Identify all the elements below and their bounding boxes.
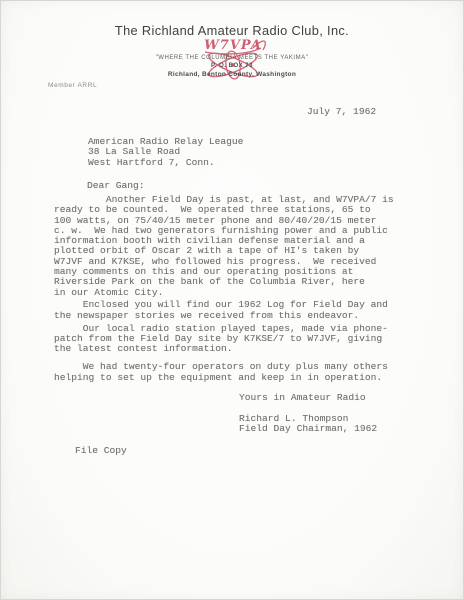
paragraph-line: the latest contest information. [54, 344, 410, 354]
letterhead-pobox: P. O. BOX 73 [1, 63, 463, 69]
signature-block: Richard L. Thompson Field Day Chairman, … [239, 414, 377, 435]
paragraph-line: in our Atomic City. [54, 288, 410, 298]
letterhead-tagline: "WHERE THE COLUMBIA MEETS THE YAKIMA" [1, 55, 463, 61]
paragraph: Enclosed you will find our 1962 Log for … [54, 300, 410, 321]
signature-title: Field Day Chairman, 1962 [239, 424, 377, 434]
paragraph: Another Field Day is past, at last, and … [54, 195, 410, 298]
letter-date: July 7, 1962 [307, 107, 376, 117]
letter-body: Another Field Day is past, at last, and … [54, 195, 410, 386]
member-arrl-note: Member ARRL [48, 82, 97, 89]
paragraph-line: the newspaper stories we received from t… [54, 311, 410, 321]
paragraph-line: helping to set up the equipment and keep… [54, 373, 410, 383]
file-copy-note: File Copy [75, 446, 127, 456]
salutation: Dear Gang: [87, 181, 145, 191]
letterhead-location: Richland, Benton County, Washington [1, 71, 463, 78]
closing-line: Yours in Amateur Radio [239, 393, 366, 403]
scanned-letter-page: The Richland Amateur Radio Club, Inc. W7… [0, 0, 464, 600]
text-line: West Hartford 7, Conn. [88, 158, 243, 168]
recipient-address: American Radio Relay League38 La Salle R… [88, 137, 243, 168]
paragraph: We had twenty-four operators on duty plu… [54, 362, 410, 383]
paragraph: Our local radio station played tapes, ma… [54, 324, 410, 355]
callsign-script: W7VPA [204, 38, 262, 53]
